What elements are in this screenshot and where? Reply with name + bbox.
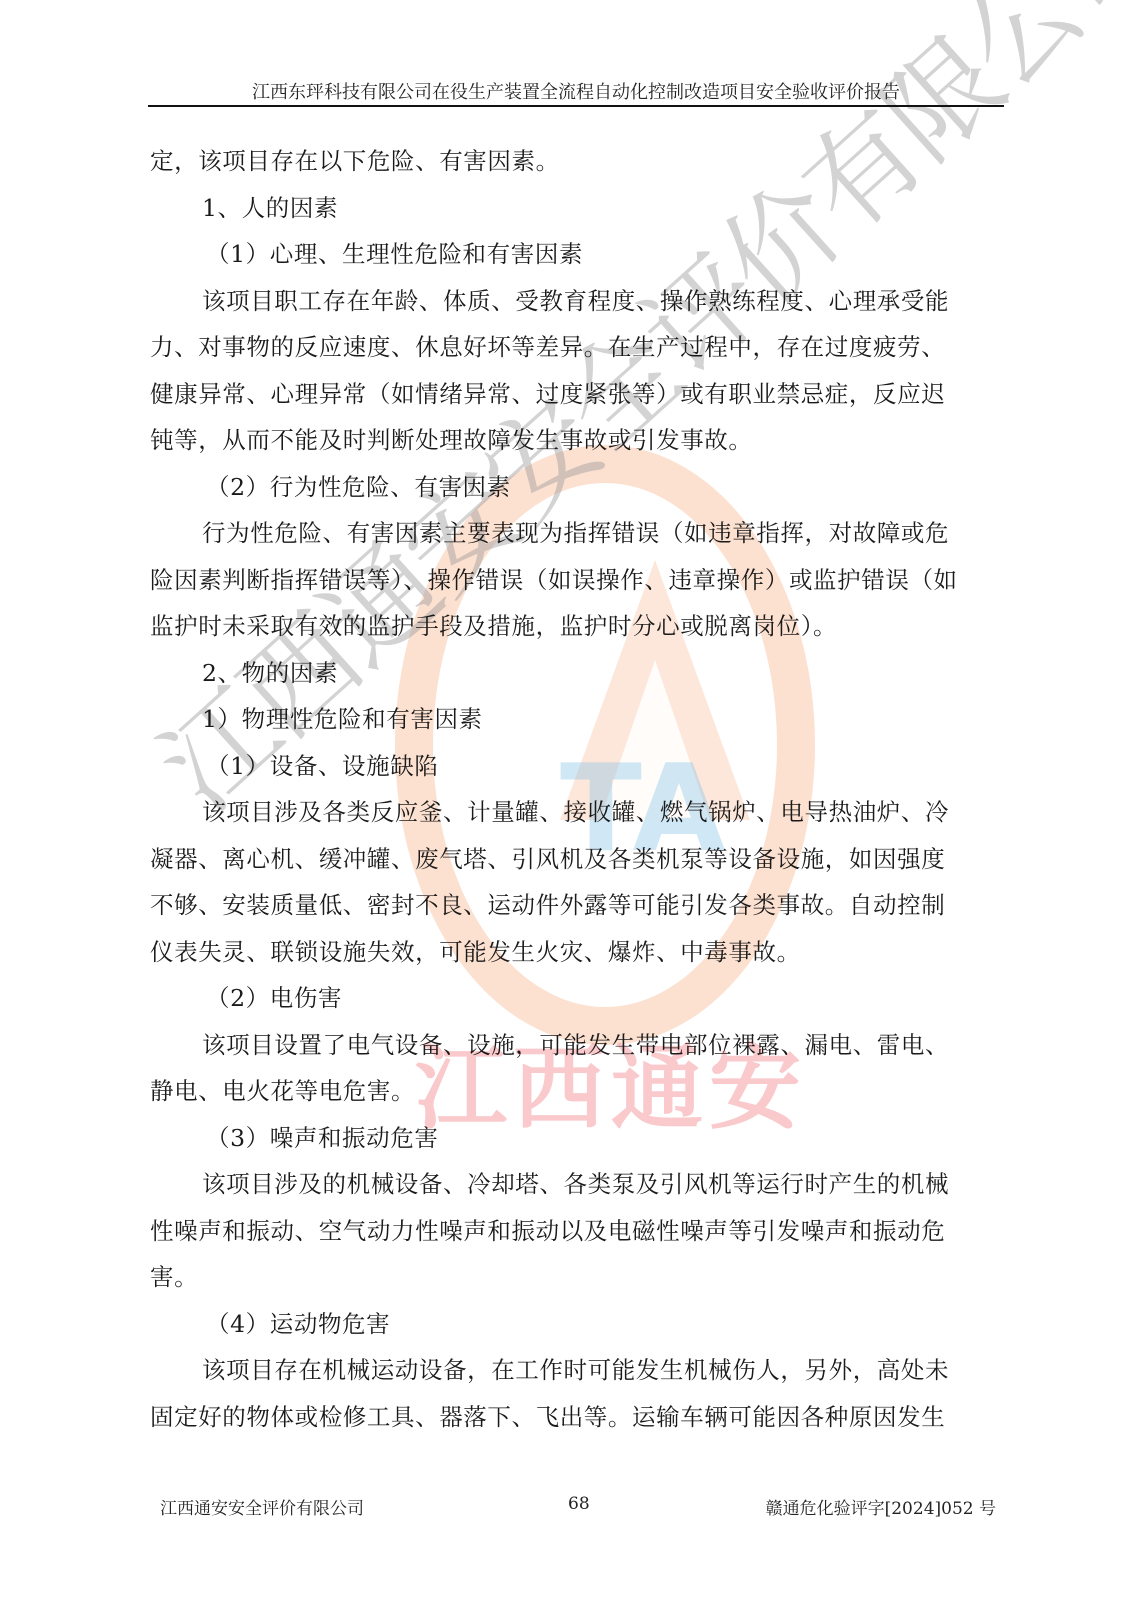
footer-doc-number: 赣通危化验评字[2024]052 号 bbox=[766, 1494, 996, 1519]
body-text: 定，该项目存在以下危险、有害因素。 1、人的因素 （1）心理、生理性危险和有害因… bbox=[150, 138, 1006, 1440]
paragraph-line: 力、对事物的反应速度、休息好坏等差异。在生产过程中，存在过度疲劳、 bbox=[150, 324, 1006, 371]
paragraph-line: 该项目涉及各类反应釜、计量罐、接收罐、燃气锅炉、电导热油炉、冷 bbox=[150, 789, 1006, 836]
paragraph-line: 钝等，从而不能及时判断处理故障发生事故或引发事故。 bbox=[150, 417, 1006, 464]
subsection-heading: （4）运动物危害 bbox=[150, 1301, 1006, 1348]
subsection-heading: （2）行为性危险、有害因素 bbox=[150, 464, 1006, 511]
subsection-heading: （3）噪声和振动危害 bbox=[150, 1115, 1006, 1162]
paragraph-line: 仪表失灵、联锁设施失效，可能发生火灾、爆炸、中毒事故。 bbox=[150, 929, 1006, 976]
paragraph-line: 固定好的物体或检修工具、器落下、飞出等。运输车辆可能因各种原因发生 bbox=[150, 1394, 1006, 1441]
paragraph-line: 静电、电火花等电危害。 bbox=[150, 1068, 1006, 1115]
paragraph-line: 性噪声和振动、空气动力性噪声和振动以及电磁性噪声等引发噪声和振动危 bbox=[150, 1208, 1006, 1255]
paragraph-line: 行为性危险、有害因素主要表现为指挥错误（如违章指挥，对故障或危 bbox=[150, 510, 1006, 557]
running-header: 江西东玶科技有限公司在役生产装置全流程自动化控制改造项目安全验收评价报告 bbox=[148, 78, 1004, 104]
paragraph-line: 该项目存在机械运动设备，在工作时可能发生机械伤人，另外，高处未 bbox=[150, 1347, 1006, 1394]
paragraph-line: 健康异常、心理异常（如情绪异常、过度紧张等）或有职业禁忌症，反应迟 bbox=[150, 371, 1006, 418]
paragraph-line: 该项目职工存在年龄、体质、受教育程度、操作熟练程度、心理承受能 bbox=[150, 278, 1006, 325]
header-divider bbox=[148, 105, 1004, 107]
subsection-heading: （1）心理、生理性危险和有害因素 bbox=[150, 231, 1006, 278]
paragraph-line: 凝器、离心机、缓冲罐、废气塔、引风机及各类机泵等设备设施，如因强度 bbox=[150, 836, 1006, 883]
subsection-heading: （2）电伤害 bbox=[150, 975, 1006, 1022]
section-heading: 2、物的因素 bbox=[150, 650, 1006, 697]
document-page: TA 江西通安 江西通安安全评价有限公司 江西东玶科技有限公司在役生产装置全流程… bbox=[0, 0, 1131, 1600]
paragraph-line: 定，该项目存在以下危险、有害因素。 bbox=[150, 138, 1006, 185]
page-number: 68 bbox=[568, 1494, 590, 1514]
section-heading: 1、人的因素 bbox=[150, 185, 1006, 232]
subsection-heading: （1）设备、设施缺陷 bbox=[150, 743, 1006, 790]
subsection-heading: 1）物理性危险和有害因素 bbox=[150, 696, 1006, 743]
paragraph-line: 监护时未采取有效的监护手段及措施，监护时分心或脱离岗位）。 bbox=[150, 603, 1006, 650]
paragraph-line: 害。 bbox=[150, 1254, 1006, 1301]
footer-company: 江西通安安全评价有限公司 bbox=[160, 1494, 364, 1519]
paragraph-line: 险因素判断指挥错误等）、操作错误（如误操作、违章操作）或监护错误（如 bbox=[150, 557, 1006, 604]
paragraph-line: 不够、安装质量低、密封不良、运动件外露等可能引发各类事故。自动控制 bbox=[150, 882, 1006, 929]
paragraph-line: 该项目设置了电气设备、设施，可能发生带电部位裸露、漏电、雷电、 bbox=[150, 1022, 1006, 1069]
paragraph-line: 该项目涉及的机械设备、冷却塔、各类泵及引风机等运行时产生的机械 bbox=[150, 1161, 1006, 1208]
